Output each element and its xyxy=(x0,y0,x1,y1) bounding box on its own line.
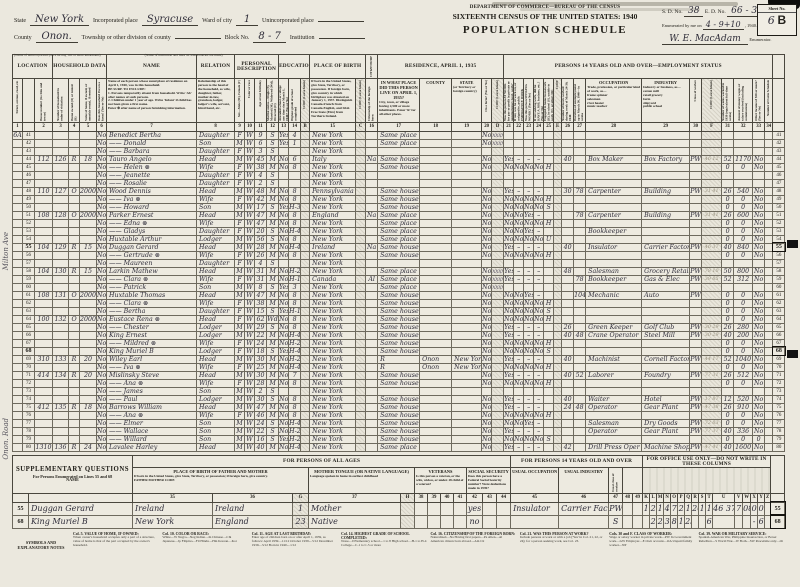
cell-gr: 7 xyxy=(289,371,301,379)
cell-cc xyxy=(356,139,366,147)
cell-inc: 0 xyxy=(734,163,753,171)
census-row: 50No—— HowardSonMW17SYesH-3New YorkSame … xyxy=(13,203,785,211)
cell-oth: No xyxy=(753,371,765,379)
cell-ln: 56 xyxy=(23,251,35,259)
header-cell: INDUSTRYIndustry or business, as— cotton… xyxy=(642,78,690,122)
cell-U xyxy=(713,515,735,528)
cell-pob: New York xyxy=(310,251,356,259)
cell-val xyxy=(80,299,97,307)
cell-name: Lavalee Harley xyxy=(107,443,197,451)
unincorporated-place-note: (Name of unincorporated place having 100… xyxy=(14,53,101,57)
cell-wks: 40 xyxy=(722,243,734,251)
cell-cd xyxy=(492,387,504,395)
cell-cd xyxy=(492,443,504,451)
cell-ind: Foundry xyxy=(642,371,690,379)
header-cell: Engaged in home housework (H), in school… xyxy=(544,78,554,122)
cell-ce xyxy=(554,315,562,323)
cell-ln: 48 xyxy=(23,187,35,195)
cell-w5: H xyxy=(544,339,554,347)
cell-hrs: 40 xyxy=(562,355,574,363)
census-row: 79No—— WillardSonMW16SYesH-2New YorkSame… xyxy=(13,435,785,443)
cell-fs xyxy=(765,379,773,387)
cell-rc: Same place xyxy=(378,211,420,219)
cell-oth: No xyxy=(753,403,765,411)
cell-st xyxy=(13,171,23,179)
header-cell: COUNTY xyxy=(420,78,452,122)
column-number: W xyxy=(743,493,751,502)
cell-Y: 6 xyxy=(758,515,765,528)
cell-oth xyxy=(753,171,765,179)
cell-dur xyxy=(574,203,586,211)
cell-w3 xyxy=(524,283,534,291)
cell-cls: PW xyxy=(690,419,702,427)
cell-occ xyxy=(586,283,642,291)
cell-rel: Lodger xyxy=(197,347,235,355)
header-cell: Name of each person whose usual place of… xyxy=(107,78,197,122)
cell-ce xyxy=(554,275,562,283)
cell-w5: H xyxy=(544,251,554,259)
cell-w1: No xyxy=(504,291,514,299)
cell-name: —— Iva ⊗ xyxy=(107,195,197,203)
column-number: 24 xyxy=(534,122,544,131)
cell-dur xyxy=(574,235,586,243)
cell-ms: M xyxy=(267,403,279,411)
cell-R: 20 xyxy=(692,502,699,515)
cell-oth xyxy=(753,139,765,147)
cell-fs xyxy=(765,315,773,323)
cell-ms: S xyxy=(267,259,279,267)
column-number: 16 xyxy=(366,122,378,131)
census-row: 63No—— BerthaDaughterFW15SYesH-1New York… xyxy=(13,307,785,315)
cell-hrs: 40 xyxy=(562,243,574,251)
cell-val xyxy=(80,203,97,211)
cell-cr: W xyxy=(245,371,255,379)
column-number: 10 xyxy=(245,122,255,131)
cell-w3: – xyxy=(524,267,534,275)
cell-rst xyxy=(452,235,482,243)
column-number: 27 xyxy=(574,122,586,131)
cell-ind xyxy=(642,251,690,259)
cell-cd xyxy=(492,371,504,379)
cell-ms: S xyxy=(267,203,279,211)
cell-w3 xyxy=(524,259,534,267)
cell-w1: Yes xyxy=(504,395,514,403)
cell-wks: 0 xyxy=(722,163,734,171)
cell-sx: M xyxy=(235,283,245,291)
cell-rc xyxy=(378,259,420,267)
cell-rel: Son xyxy=(197,427,235,435)
cell-val: 20 xyxy=(80,371,97,379)
cell-w4: – xyxy=(534,211,544,219)
cell-w2 xyxy=(514,147,524,155)
cell-w2: No xyxy=(514,379,524,387)
cell-cd xyxy=(492,203,504,211)
cell-w3: Yes xyxy=(524,211,534,219)
cell-fa: New York xyxy=(133,515,213,528)
cell-or: R xyxy=(69,267,80,275)
cell-fm: No xyxy=(97,267,107,275)
cell-oth: No xyxy=(753,443,765,451)
cell-rfm: No xyxy=(482,411,492,419)
cell-rel: Head xyxy=(197,315,235,323)
cell-rel: Wife xyxy=(197,195,235,203)
cell-w5: S xyxy=(544,435,554,443)
cell-rc xyxy=(378,171,420,179)
cell-hrs: 40 xyxy=(562,331,574,339)
cell-age: 30 xyxy=(255,371,267,379)
cell-name: Parker Ernest xyxy=(107,211,197,219)
cell-fs xyxy=(765,419,773,427)
header-cell: STATE(or Territory or foreign country) xyxy=(452,78,482,122)
cell-pob: Ireland xyxy=(310,243,356,251)
cell-vn: 130 xyxy=(53,267,69,275)
cell-cls xyxy=(690,195,702,203)
census-row: 45No—— Helen ⊗WifeFW38MNo8New YorkSame h… xyxy=(13,163,785,171)
cell-cc xyxy=(356,339,366,347)
column-number: 5 xyxy=(80,122,97,131)
cell-sx: M xyxy=(235,323,245,331)
cell-ind: Carrier Factory xyxy=(559,502,609,515)
cell-dur xyxy=(574,131,586,139)
cell-cr: W xyxy=(245,419,255,427)
column-number: 14 xyxy=(289,122,301,131)
cell-dur: 78 xyxy=(574,275,586,283)
cell-rfm xyxy=(482,147,492,155)
cell-cf xyxy=(702,219,722,227)
cell-rfm: No xyxy=(482,435,492,443)
cell-w5 xyxy=(544,139,554,147)
cell-occ xyxy=(586,131,642,139)
cell-sch xyxy=(279,387,289,395)
cell-w2: – xyxy=(514,427,524,435)
cell-ln: 41 xyxy=(23,131,35,139)
cell-rfm: No xyxy=(482,307,492,315)
cell-w2: No xyxy=(514,347,524,355)
cell-rc: Same house xyxy=(378,155,420,163)
cell-w5 xyxy=(544,275,554,283)
cell-ms: S xyxy=(267,307,279,315)
header-cell: Was this person AT WORK for pay or profi… xyxy=(504,78,514,122)
header-cell: If not seeking work, did he HAVE A JOB, … xyxy=(534,78,544,122)
census-row: 70No—— Iva ⊗WifeFW25MNoH-4New YorkROnonN… xyxy=(13,363,785,371)
cell-rel: Head xyxy=(197,155,235,163)
cell-rel: Son xyxy=(197,435,235,443)
cell-occ xyxy=(586,179,642,187)
cell-rfm: No xyxy=(482,283,492,291)
cell-rst: New York xyxy=(452,355,482,363)
cell-ce xyxy=(554,363,562,371)
cell-fm: No xyxy=(97,403,107,411)
cell-cd: xxxx xyxy=(492,139,504,147)
cell-gr: H-3 xyxy=(289,203,301,211)
cell-S xyxy=(699,515,706,528)
cell-ce xyxy=(554,155,562,163)
cell-rco xyxy=(420,147,452,155)
cell-rco xyxy=(420,411,452,419)
cell-pob: New York xyxy=(310,195,356,203)
cell-lnr: 52 xyxy=(773,219,785,227)
column-number: 31 xyxy=(722,122,734,131)
cell-dur xyxy=(574,315,586,323)
cell-or xyxy=(69,283,80,291)
cell-rel: Wife xyxy=(197,379,235,387)
cell-oth xyxy=(753,131,765,139)
cell-sx: F xyxy=(235,259,245,267)
cell-ce xyxy=(554,435,562,443)
header-cell: CODE (Leave blank) xyxy=(301,78,310,122)
cell-w4: No xyxy=(534,299,544,307)
cell-sx: F xyxy=(235,379,245,387)
cell-gr: H-4 xyxy=(289,443,301,451)
cell-sx: M xyxy=(235,443,245,451)
cell-cd xyxy=(492,179,504,187)
column-number: 36 xyxy=(213,493,293,502)
cell-cr: W xyxy=(245,163,255,171)
cell-vn xyxy=(53,331,69,339)
cell-fs xyxy=(765,163,773,171)
cell-age: 62 xyxy=(255,315,267,323)
cell-V: 7 xyxy=(735,502,743,515)
cell-sx: M xyxy=(235,419,245,427)
cell-cb xyxy=(301,339,310,347)
cell-or xyxy=(69,219,80,227)
cell-fs xyxy=(765,363,773,371)
cell-w1: No xyxy=(504,227,514,235)
cell-cd xyxy=(492,427,504,435)
cell-cd xyxy=(492,195,504,203)
cell-cf xyxy=(702,283,722,291)
cell-cr: W xyxy=(245,331,255,339)
cell-w2: No xyxy=(514,227,524,235)
cell-hn xyxy=(35,195,53,203)
cell-w1: No xyxy=(504,211,514,219)
cell-mo: England xyxy=(213,515,293,528)
cell-fa: Ireland xyxy=(133,502,213,515)
cell-gr: H-4 xyxy=(289,243,301,251)
cell-w4: No xyxy=(534,163,544,171)
cell-vn xyxy=(53,419,69,427)
cell-rel: Lodger xyxy=(197,331,235,339)
column-number: 19 xyxy=(452,122,482,131)
cell-cr: W xyxy=(245,139,255,147)
cell-rfm: No xyxy=(482,355,492,363)
cell-ind: Gear Plant xyxy=(642,403,690,411)
cell-ln: 73 xyxy=(23,387,35,395)
cell-pob: England xyxy=(310,211,356,219)
ed-label: E. D. No. xyxy=(705,9,726,15)
cell-rst xyxy=(452,211,482,219)
cell-sx: F xyxy=(235,227,245,235)
cell-fm: No xyxy=(97,331,107,339)
cell-hn xyxy=(35,419,53,427)
cell-oth: No xyxy=(753,379,765,387)
cell-hn: 412 xyxy=(35,403,53,411)
cell-cc xyxy=(356,203,366,211)
cell-w4 xyxy=(534,179,544,187)
cell-sch: No xyxy=(279,267,289,275)
cell-occ xyxy=(586,219,642,227)
cell-hn xyxy=(35,395,53,403)
cell-lnr: 44 xyxy=(773,155,785,163)
cell-inc xyxy=(734,387,753,395)
cell-rfm xyxy=(482,171,492,179)
cell-hn: 110 xyxy=(35,187,53,195)
census-row: 53No—— GladysDaughterFW20SNoH-4New YorkS… xyxy=(13,227,785,235)
cell-fs xyxy=(765,187,773,195)
cell-hrs: 40 xyxy=(562,155,574,163)
cell-w1: No xyxy=(504,363,514,371)
cell-oth: No xyxy=(753,331,765,339)
cell-w4: No xyxy=(534,219,544,227)
cell-age: 38 xyxy=(255,163,267,171)
cell-rel: Daughter xyxy=(197,307,235,315)
cell-rco xyxy=(420,235,452,243)
cell-ms: S xyxy=(267,323,279,331)
cell-rco xyxy=(420,251,452,259)
cell-sx: M xyxy=(235,331,245,339)
census-row: 75412135R18NoBarrows WilliamHeadMW47MNo8… xyxy=(13,403,785,411)
cell-hrs xyxy=(562,203,574,211)
cell-rel: Head xyxy=(197,211,235,219)
cell-dur xyxy=(574,147,586,155)
cell-cc xyxy=(356,419,366,427)
cell-w4: – xyxy=(534,323,544,331)
cell-cit: Na xyxy=(366,155,378,163)
cell-cr: W xyxy=(245,171,255,179)
cell-lnr: 68 xyxy=(773,347,785,355)
column-number: 1 xyxy=(13,122,23,131)
cell-st xyxy=(13,395,23,403)
cell-wks: 26 xyxy=(722,371,734,379)
cell-wks: 0 xyxy=(722,251,734,259)
cell-w5 xyxy=(544,419,554,427)
cell-w4: – xyxy=(534,371,544,379)
cell-ln: 69 xyxy=(23,355,35,363)
header-cell: Does this household live on a farm? (Yes… xyxy=(97,78,107,122)
cell-rst xyxy=(452,267,482,275)
cell-val: 2000 xyxy=(80,291,97,299)
cell-hn xyxy=(35,427,53,435)
cell-vn xyxy=(53,339,69,347)
cell-w1: Yes xyxy=(504,443,514,451)
cell-w3: No xyxy=(524,195,534,203)
cell-sx: M xyxy=(235,427,245,435)
institution-blank xyxy=(319,29,365,39)
cell-lnr: 61 xyxy=(773,291,785,299)
census-row: 43No—— BarbaraDaughterFW3SNew York43 xyxy=(13,147,785,155)
cell-name: —— Mildred ⊗ xyxy=(107,339,197,347)
cell-rco xyxy=(420,171,452,179)
cell-or xyxy=(69,171,80,179)
cell-oth: No xyxy=(753,195,765,203)
cell-rfm: No xyxy=(482,395,492,403)
cell-hn xyxy=(35,227,53,235)
cell-cit xyxy=(366,371,378,379)
cell-cls xyxy=(690,379,702,387)
census-row: 68King Muriel BNew YorkEngland23Nativeno… xyxy=(13,515,785,528)
cell-cit xyxy=(366,339,378,347)
cell-ln: 49 xyxy=(23,195,35,203)
cell-cls: PW xyxy=(609,502,623,515)
cell-age: 31 xyxy=(255,267,267,275)
cell-w2: No xyxy=(514,299,524,307)
cell-lnr: 43 xyxy=(773,147,785,155)
cell-gr: H-4 xyxy=(289,363,301,371)
cell-hn xyxy=(35,163,53,171)
cell-age: 9 xyxy=(255,131,267,139)
cell-or: O xyxy=(69,211,80,219)
cell-fm: No xyxy=(97,443,107,451)
cell-lnr: 76 xyxy=(773,411,785,419)
cell-rel: Son xyxy=(197,419,235,427)
cell-name: —— Donald xyxy=(107,139,197,147)
cell-wks: 0 xyxy=(722,307,734,315)
cell-rco xyxy=(420,331,452,339)
cell-cc xyxy=(356,395,366,403)
cell-cr: W xyxy=(245,347,255,355)
cell-vn xyxy=(53,283,69,291)
cell-age: 18 xyxy=(255,347,267,355)
cell-gr xyxy=(289,387,301,395)
cell-cls: S xyxy=(609,515,623,528)
cell-ln: 44 xyxy=(23,155,35,163)
cell-cd xyxy=(492,187,504,195)
cell-occ: Crane Operator xyxy=(586,331,642,339)
cell-inc: 1040 xyxy=(734,355,753,363)
cell-rst xyxy=(452,163,482,171)
cell-dur xyxy=(574,171,586,179)
cell-w4: – xyxy=(534,243,544,251)
cell-cr: W xyxy=(245,275,255,283)
cell-rst xyxy=(452,171,482,179)
cell-w5: S xyxy=(544,347,554,355)
cell-gr: 8 xyxy=(289,291,301,299)
cell-ms: S xyxy=(267,171,279,179)
cell-wks: 0 xyxy=(722,379,734,387)
cell-cb xyxy=(301,411,310,419)
cell-cit xyxy=(366,419,378,427)
cell-lnr: 63 xyxy=(773,307,785,315)
cell-ce xyxy=(554,219,562,227)
cell-cd xyxy=(492,155,504,163)
cell-or: R xyxy=(69,371,80,379)
cell-inc xyxy=(734,139,753,147)
cell-sch: No xyxy=(279,411,289,419)
cell-name: —— Willard xyxy=(107,435,197,443)
cell-s42: no xyxy=(467,515,483,528)
cell-cc xyxy=(356,243,366,251)
cell-lnr: 79 xyxy=(773,435,785,443)
cell-rco xyxy=(420,371,452,379)
cell-fm: No xyxy=(97,275,107,283)
cell-w1 xyxy=(504,283,514,291)
cell-fm: No xyxy=(97,323,107,331)
cell-pob: New York xyxy=(310,283,356,291)
cell-wks xyxy=(722,171,734,179)
institution-note: (Name of institution and lines on which … xyxy=(145,53,223,57)
cell-rst xyxy=(452,427,482,435)
cell-cit xyxy=(366,179,378,187)
cell-dur xyxy=(574,283,586,291)
cell-hn xyxy=(35,179,53,187)
census-row: 46No—— JeanetteDaughterFW4SNew York46 xyxy=(13,171,785,179)
cell-ms: M xyxy=(267,331,279,339)
cell-name: King Muriel B xyxy=(29,515,133,528)
cell-W xyxy=(743,515,751,528)
cell-cb xyxy=(301,403,310,411)
census-row: 76No—— Ana ⊗WifeFW46MNo8New YorkSame hou… xyxy=(13,411,785,419)
cell-rst xyxy=(452,195,482,203)
